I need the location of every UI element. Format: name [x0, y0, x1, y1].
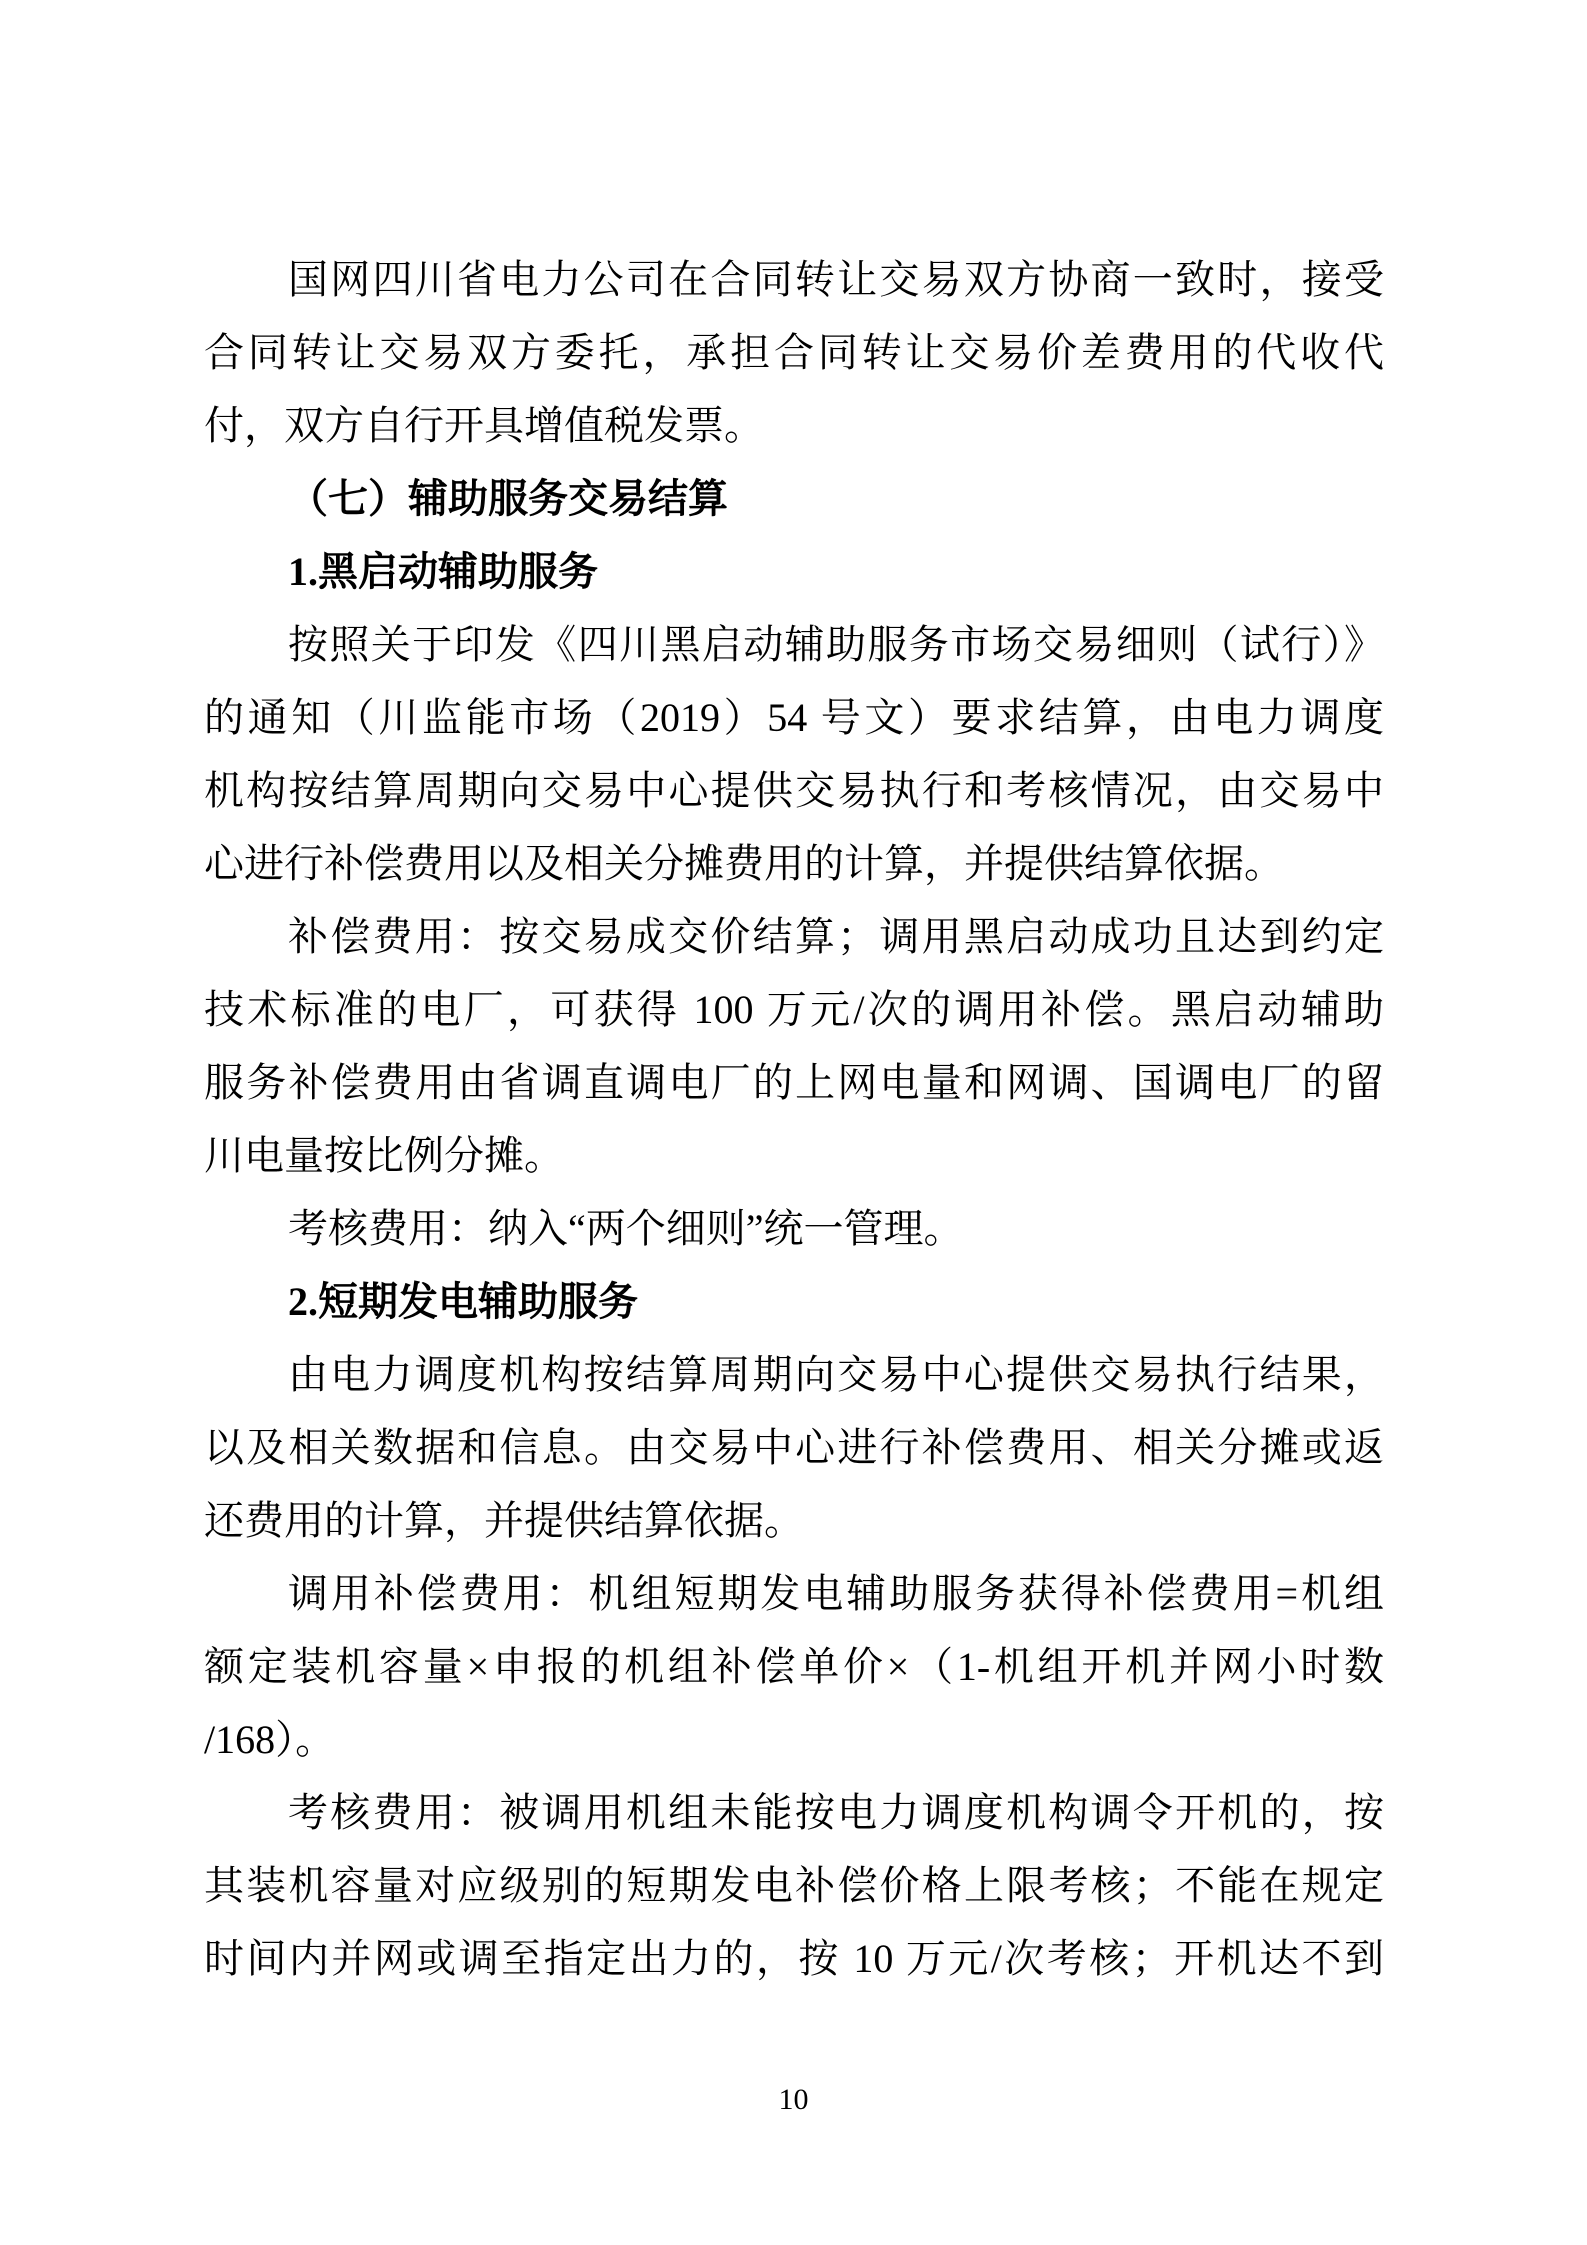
- heading-section-7: （七）辅助服务交易结算: [204, 462, 1384, 535]
- document-body: 国网四川省电力公司在合同转让交易双方协商一致时，接受 合同转让交易双方委托，承担…: [204, 243, 1384, 1995]
- paragraph-2-line-1: 按照关于印发《四川黑启动辅助服务市场交易细则（试行）》: [204, 608, 1384, 681]
- paragraph-5-line-1: 由电力调度机构按结算周期向交易中心提供交易执行结果，: [204, 1338, 1384, 1411]
- document-page: 国网四川省电力公司在合同转让交易双方协商一致时，接受 合同转让交易双方委托，承担…: [0, 0, 1587, 2245]
- paragraph-1-line-2: 合同转让交易双方委托，承担合同转让交易价差费用的代收代: [204, 316, 1384, 389]
- paragraph-2-line-4: 心进行补偿费用以及相关分摊费用的计算，并提供结算依据。: [204, 827, 1384, 900]
- page-number: 10: [0, 2082, 1587, 2118]
- paragraph-6-line-1: 调用补偿费用：机组短期发电辅助服务获得补偿费用=机组: [204, 1557, 1384, 1630]
- paragraph-3-line-4: 川电量按比例分摊。: [204, 1119, 1384, 1192]
- paragraph-7-line-2: 其装机容量对应级别的短期发电补偿价格上限考核；不能在规定: [204, 1849, 1384, 1922]
- paragraph-5-line-3: 还费用的计算，并提供结算依据。: [204, 1484, 1384, 1557]
- paragraph-7-line-1: 考核费用：被调用机组未能按电力调度机构调令开机的，按: [204, 1776, 1384, 1849]
- paragraph-3-line-2: 技术标准的电厂，可获得 100 万元/次的调用补偿。黑启动辅助: [204, 973, 1384, 1046]
- heading-item-1-black-start-service: 1.黑启动辅助服务: [204, 535, 1384, 608]
- paragraph-6-line-3: /168）。: [204, 1703, 1384, 1776]
- paragraph-4-line-1: 考核费用：纳入“两个细则”统一管理。: [204, 1192, 1384, 1265]
- paragraph-3-line-3: 服务补偿费用由省调直调电厂的上网电量和网调、国调电厂的留: [204, 1046, 1384, 1119]
- paragraph-1-line-3: 付，双方自行开具增值税发票。: [204, 389, 1384, 462]
- paragraph-2-line-3: 机构按结算周期向交易中心提供交易执行和考核情况，由交易中: [204, 754, 1384, 827]
- heading-item-2-short-term-service: 2.短期发电辅助服务: [204, 1265, 1384, 1338]
- paragraph-3-line-1: 补偿费用：按交易成交价结算；调用黑启动成功且达到约定: [204, 900, 1384, 973]
- paragraph-1-line-1: 国网四川省电力公司在合同转让交易双方协商一致时，接受: [204, 243, 1384, 316]
- paragraph-7-line-3: 时间内并网或调至指定出力的，按 10 万元/次考核；开机达不到: [204, 1922, 1384, 1995]
- paragraph-5-line-2: 以及相关数据和信息。由交易中心进行补偿费用、相关分摊或返: [204, 1411, 1384, 1484]
- paragraph-6-line-2: 额定装机容量×申报的机组补偿单价×（1-机组开机并网小时数: [204, 1630, 1384, 1703]
- paragraph-2-line-2: 的通知（川监能市场（2019）54 号文）要求结算，由电力调度: [204, 681, 1384, 754]
